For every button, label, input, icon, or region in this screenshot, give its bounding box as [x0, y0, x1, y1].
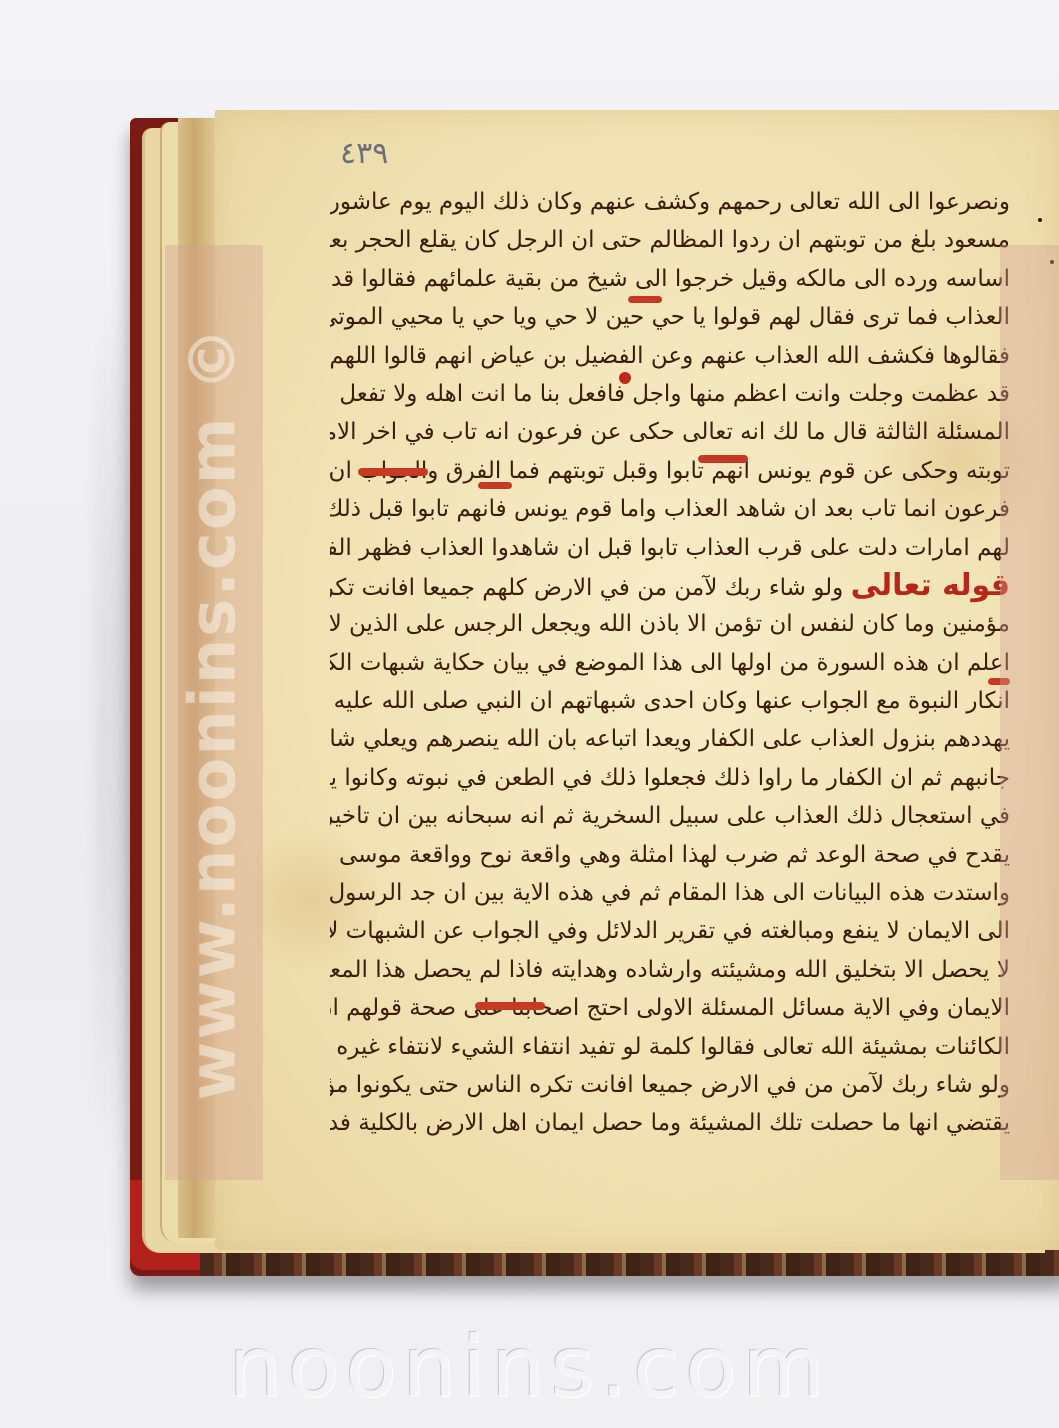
text-line: الى الايمان لا ينفع ومبالغته في تقرير ال… [330, 912, 1010, 950]
rubric-dot [619, 372, 631, 384]
text-line: فقالوها فكشف الله العذاب عنهم وعن الفضيل… [330, 337, 1010, 375]
text-line: مؤمنين وما كان لنفس ان تؤمن الا باذن الل… [330, 605, 1010, 643]
watermark-vertical: www.noonins.com © [165, 245, 263, 1180]
text-line: فرعون انما تاب بعد ان شاهد العذاب واما ق… [330, 490, 1010, 528]
text-line: ونصرعوا الى الله تعالى رحمهم وكشف عنهم و… [330, 183, 1010, 221]
text-line: يقدح في صحة الوعد ثم ضرب لهذا امثلة وهي … [330, 836, 1010, 874]
rubric-overline [475, 1002, 545, 1010]
text-line: ولو شاء ربك لآمن من في الارض جميعا افانت… [330, 1066, 1010, 1104]
text-line: قد عظمت وجلت وانت اعظم منها واجل فافعل ب… [330, 375, 1010, 413]
rubric-line-text: ولو شاء ربك لآمن من في الارض كلهم جميعا … [330, 575, 843, 601]
text-line: اعلم ان هذه السورة من اولها الى هذا المو… [330, 644, 1010, 682]
rubric-overline [628, 296, 662, 303]
text-line: يهددهم بنزول العذاب على الكفار ويعدا اتب… [330, 720, 1010, 758]
text-line: الكائنات بمشيئة الله تعالى فقالوا كلمة ل… [330, 1028, 1010, 1066]
rubric-overline [478, 482, 512, 489]
rubric-overline [358, 468, 428, 476]
ink-speck [1038, 218, 1042, 222]
text-line: الايمان وفي الاية مسائل المسئلة الاولى ا… [330, 989, 1010, 1027]
text-line: جانبهم ثم ان الكفار ما راوا ذلك فجعلوا ذ… [330, 759, 1010, 797]
text-line: العذاب فما ترى فقال لهم قولوا يا حي حين … [330, 298, 1010, 336]
text-line: المسئلة الثالثة قال ما لك انه تعالى حكى … [330, 413, 1010, 451]
text-line: واستدت هذه البيانات الى هذا المقام ثم في… [330, 874, 1010, 912]
rubric-heading: قوله تعالى [851, 568, 1010, 603]
text-line: يقتضي انها ما حصلت تلك المشيئة وما حصل ا… [330, 1104, 1010, 1142]
text-line: لا يحصل الا بتخليق الله ومشيئته وارشاده … [330, 951, 1010, 989]
text-line: مسعود بلغ من توبتهم ان ردوا المظالم حتى … [330, 221, 1010, 259]
text-line: توبته وحكى عن قوم يونس انهم تابوا وقبل ت… [330, 452, 1010, 490]
text-line: انكار النبوة مع الجواب عنها وكان احدى شب… [330, 682, 1010, 720]
text-line: في استعجال ذلك العذاب على سبيل السخرية ث… [330, 797, 1010, 835]
folio-number: ٤٣٩ [340, 136, 388, 171]
text-line: لهم امارات دلت على قرب العذاب تابوا قبل … [330, 529, 1010, 567]
text-line-rubric: قوله تعالى ولو شاء ربك لآمن من في الارض … [330, 567, 1010, 605]
watermark-band-right [1000, 245, 1059, 1180]
watermark-bottom: noonins.com [0, 1318, 1059, 1416]
manuscript-text: ونصرعوا الى الله تعالى رحمهم وكشف عنهم و… [330, 183, 1010, 1143]
rubric-overline [698, 455, 748, 463]
text-line: اساسه ورده الى مالكه وقيل خرجوا الى شيخ … [330, 260, 1010, 298]
